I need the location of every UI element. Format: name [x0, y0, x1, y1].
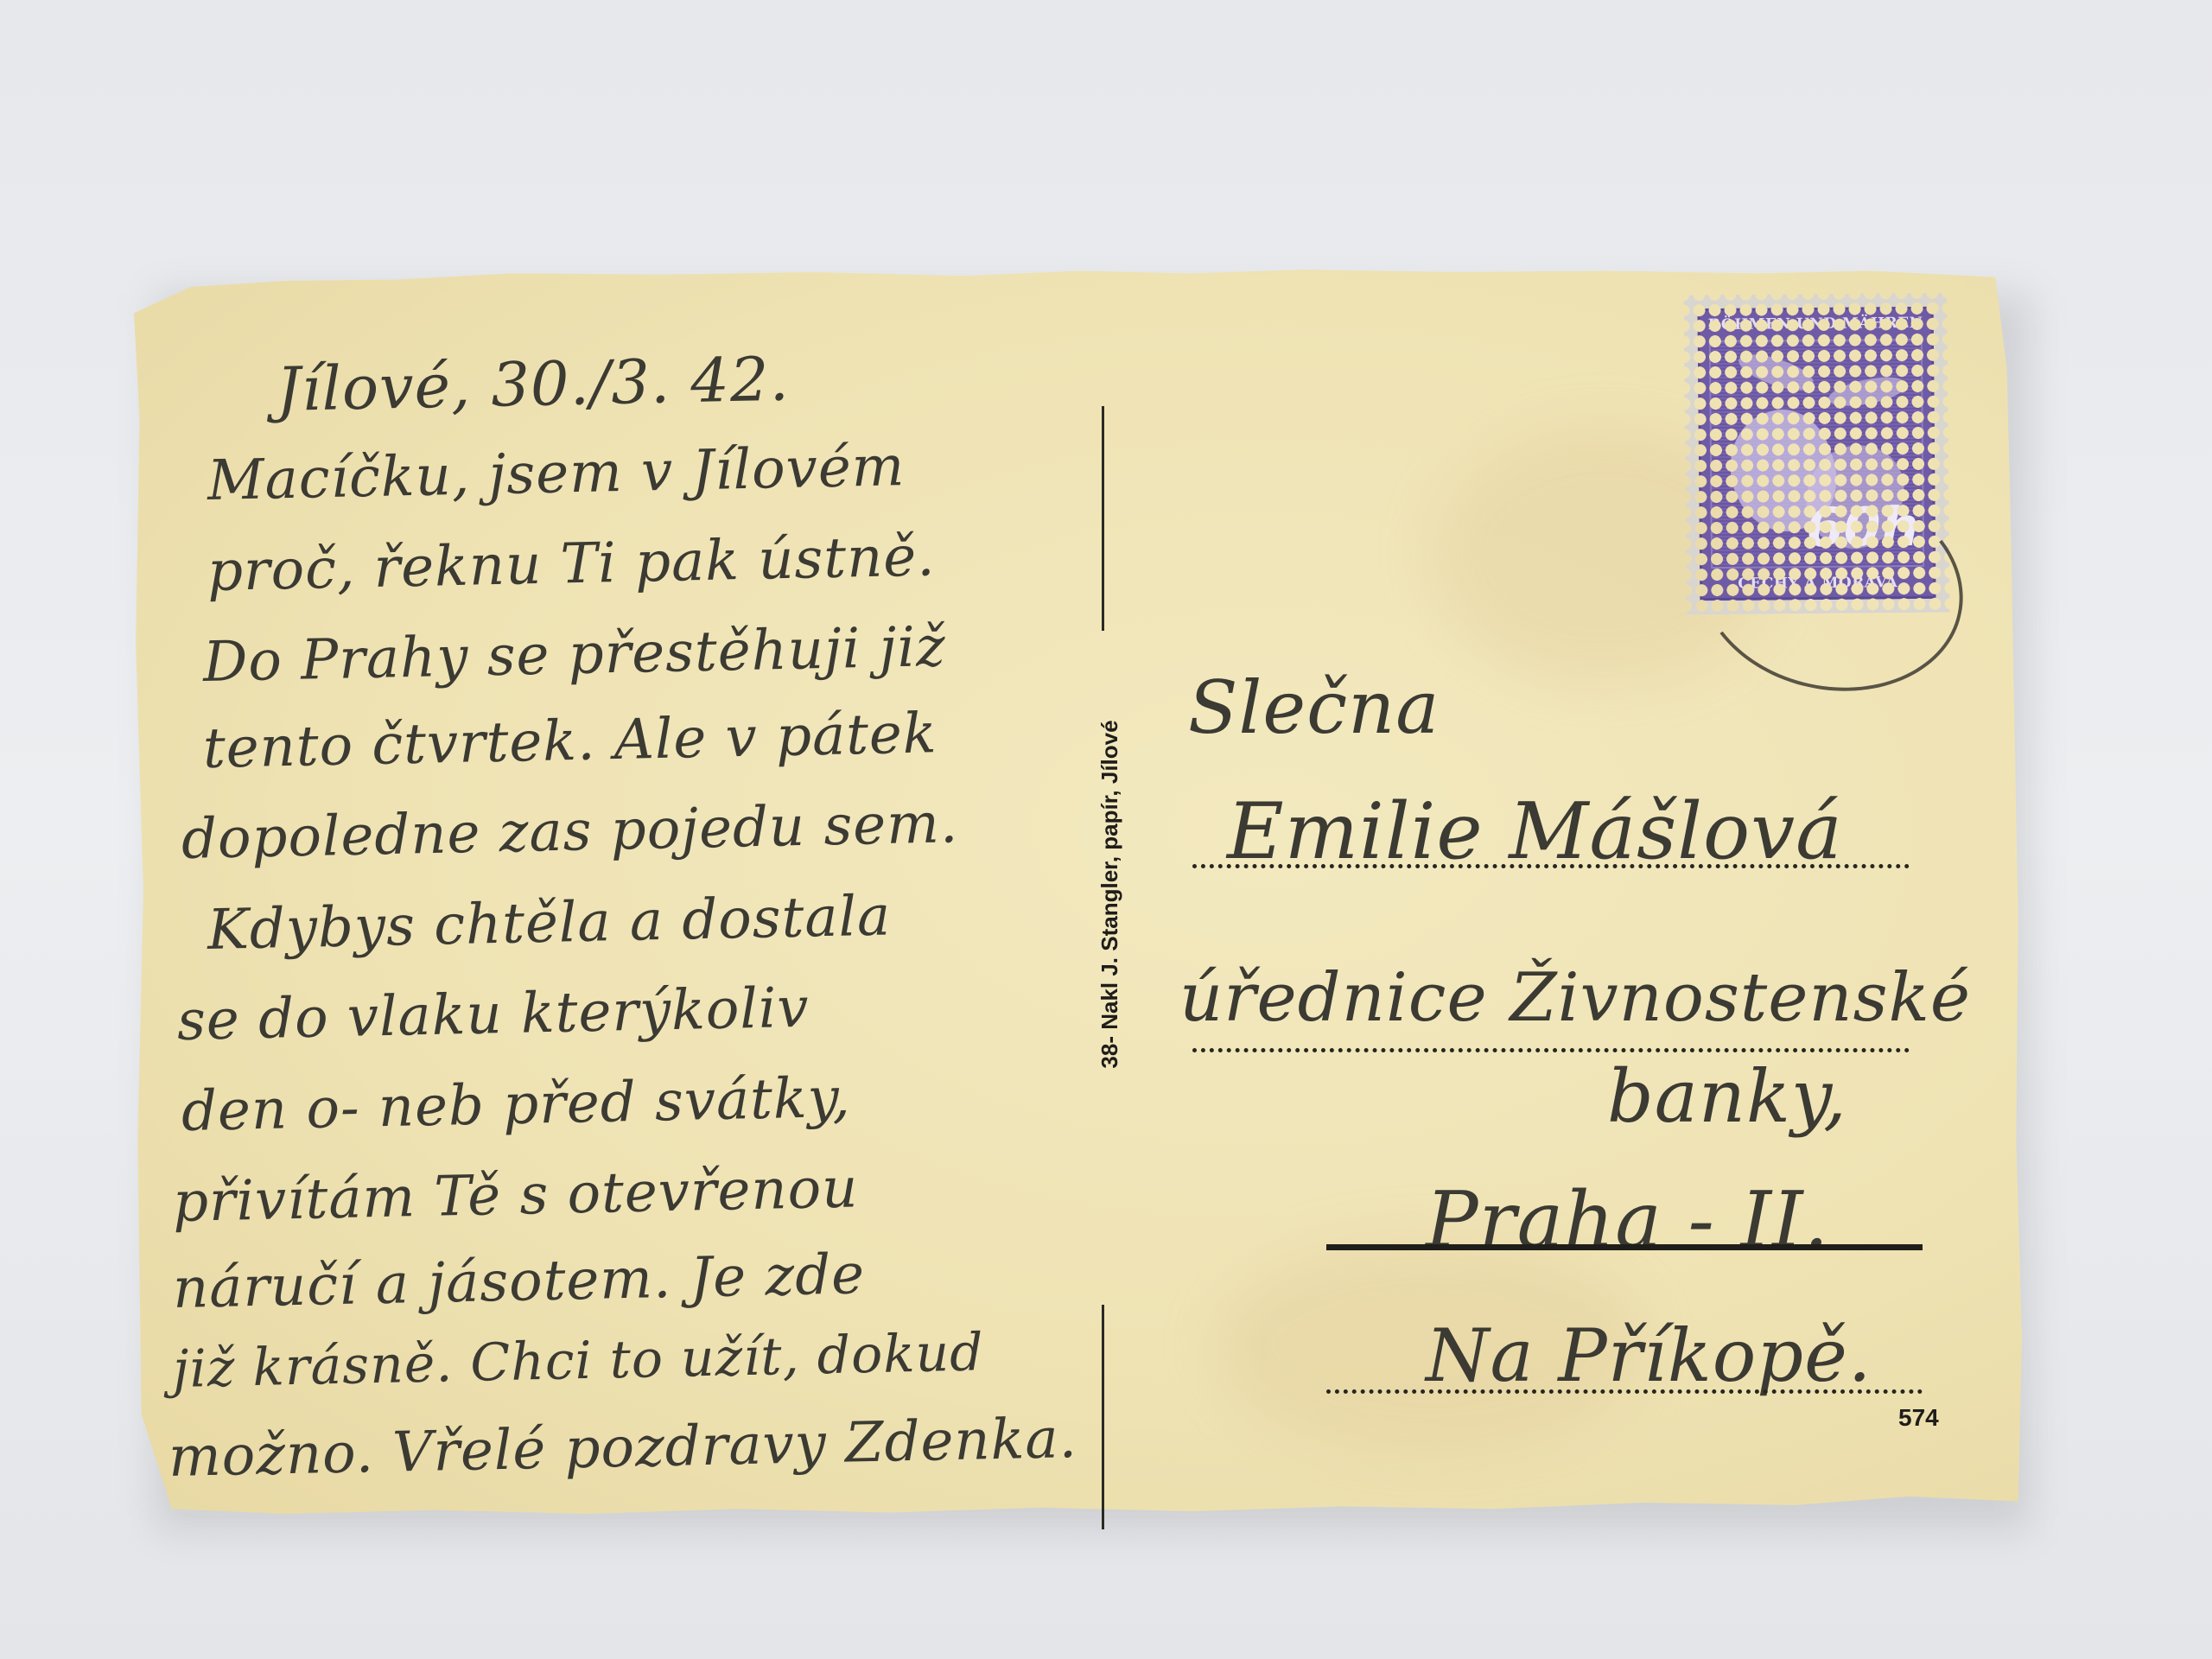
message-line: se do vlaku kterýkoliv — [176, 976, 810, 1053]
address-dotted-line — [1192, 1048, 1910, 1052]
linden-leaf-icon — [1735, 346, 1817, 397]
linden-leaf-icon — [1827, 373, 1908, 411]
address-dotted-line — [1326, 1389, 1923, 1394]
publisher-imprint: 38- Nakl J. Stangler, papír, Jílové — [1096, 601, 1123, 1188]
address-salutation: Slečna — [1188, 665, 1440, 750]
place-date: Jílové, 30./3. 42. — [276, 344, 790, 425]
address-line-1: úřednice Živnostenské — [1179, 959, 1971, 1037]
card-number: 574 — [1898, 1404, 1939, 1432]
address-city: Praha - II. — [1426, 1175, 1829, 1266]
address-line-2: banky, — [1607, 1054, 1847, 1139]
address-dotted-line — [1192, 864, 1910, 868]
address-solid-line — [1326, 1244, 1923, 1250]
stamp-top-text: BÖHMEN UND MÄHREN — [1700, 315, 1931, 334]
address-street: Na Příkopě. — [1426, 1313, 1872, 1398]
